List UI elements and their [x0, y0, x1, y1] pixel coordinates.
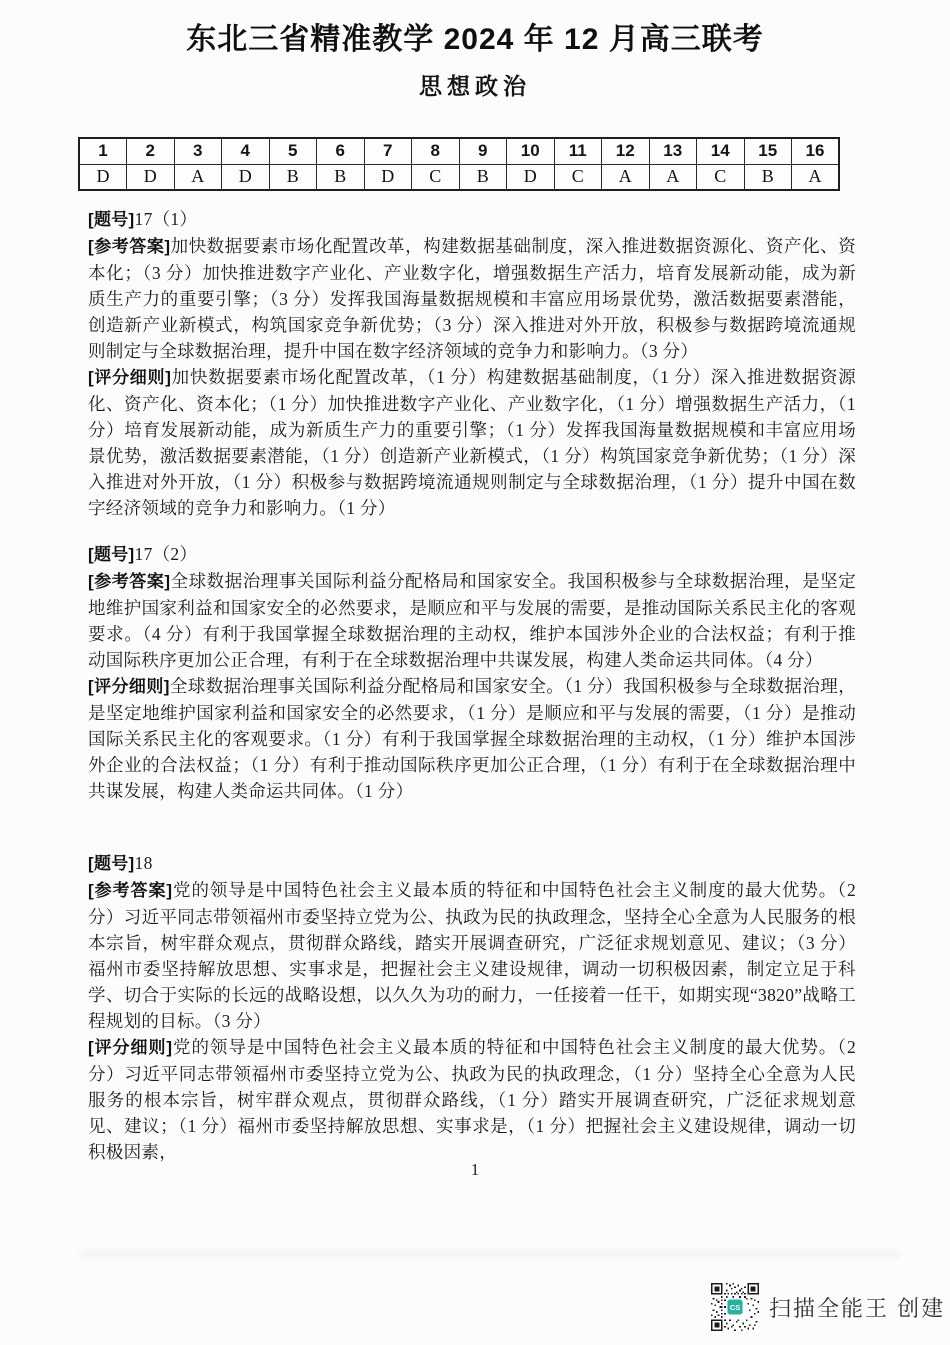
- answer-letter-cell: A: [174, 164, 222, 190]
- question-number-text: 18: [135, 853, 153, 873]
- answer-letter-cell: A: [602, 164, 650, 190]
- question-number-cell: 2: [127, 138, 175, 164]
- answer-letter-cell: A: [792, 164, 840, 190]
- answer-letter-row: D D A D B B D C B D C A A C B A: [79, 164, 839, 190]
- answer-letter-cell: C: [697, 164, 745, 190]
- question-number-cell: 8: [412, 138, 460, 164]
- answer-letter-cell: B: [459, 164, 507, 190]
- answer-letter-cell: B: [269, 164, 317, 190]
- question-number-text: 17（2）: [135, 544, 198, 564]
- question-number-cell: 1: [79, 138, 127, 164]
- answer-letter-cell: D: [507, 164, 555, 190]
- question-number-cell: 4: [222, 138, 270, 164]
- question-number-cell: 14: [697, 138, 745, 164]
- question-number-cell: 6: [317, 138, 365, 164]
- question-number-cell: 5: [269, 138, 317, 164]
- reference-answer-label: [参考答案]: [88, 237, 170, 256]
- reference-answer-text: 党的领导是中国特色社会主义最本质的特征和中国特色社会主义制度的最大优势。（2 分…: [88, 880, 856, 1031]
- question-number-cell: 3: [174, 138, 222, 164]
- scoring-rubric-paragraph: [评分细则]加快数据要素市场化配置改革，（1 分）构建数据基础制度，（1 分）深…: [88, 364, 856, 521]
- answer-table: 1 2 3 4 5 6 7 8 9 10 11 12 13 14 15 16 D…: [78, 137, 840, 191]
- answer-content: [题号]17（1） [参考答案]加快数据要素市场化配置改革，构建数据基础制度，深…: [88, 206, 856, 1165]
- scoring-rubric-label: [评分细则]: [88, 1038, 172, 1057]
- question-number-row: 1 2 3 4 5 6 7 8 9 10 11 12 13 14 15 16: [79, 138, 839, 164]
- section-question-17-1: [题号]17（1） [参考答案]加快数据要素市场化配置改革，构建数据基础制度，深…: [88, 206, 856, 521]
- answer-letter-cell: D: [364, 164, 412, 190]
- watermark-text: 扫描全能王 创建: [769, 1292, 945, 1323]
- question-heading: [题号]18: [88, 850, 856, 877]
- page-number: 1: [0, 1160, 950, 1180]
- page-subtitle: 思想政治: [0, 68, 950, 101]
- document-page: 东北三省精准教学 2024 年 12 月高三联考 思想政治 1 2 3 4 5 …: [0, 0, 950, 1345]
- scoring-rubric-label: [评分细则]: [88, 368, 171, 387]
- question-heading: [题号]17（1）: [88, 206, 856, 233]
- question-tag-label: [题号]: [88, 854, 135, 873]
- answer-letter-cell: A: [649, 164, 697, 190]
- reference-answer-label: [参考答案]: [88, 881, 172, 900]
- question-number-text: 17（1）: [135, 209, 198, 229]
- question-tag-label: [题号]: [88, 210, 135, 229]
- answer-letter-cell: B: [744, 164, 792, 190]
- answer-letter-cell: D: [127, 164, 175, 190]
- question-heading: [题号]17（2）: [88, 541, 856, 568]
- answer-letter-cell: D: [222, 164, 270, 190]
- reference-answer-text: 全球数据治理事关国际利益分配格局和国家安全。我国积极参与全球数据治理，是坚定地维…: [88, 571, 856, 670]
- question-number-cell: 9: [459, 138, 507, 164]
- scoring-rubric-paragraph: [评分细则]党的领导是中国特色社会主义最本质的特征和中国特色社会主义制度的最大优…: [88, 1034, 856, 1165]
- page-title: 东北三省精准教学 2024 年 12 月高三联考: [0, 14, 950, 58]
- scanner-watermark: CS 扫描全能王 创建: [711, 1282, 945, 1332]
- question-number-cell: 10: [507, 138, 555, 164]
- scoring-rubric-text: 加快数据要素市场化配置改革，（1 分）构建数据基础制度，（1 分）深入推进数据资…: [88, 367, 856, 518]
- answer-letter-cell: C: [412, 164, 460, 190]
- question-number-cell: 16: [792, 138, 840, 164]
- answer-letter-cell: C: [554, 164, 602, 190]
- scoring-rubric-text: 全球数据治理事关国际利益分配格局和国家安全。（1 分）我国积极参与全球数据治理，…: [88, 676, 856, 801]
- scoring-rubric-label: [评分细则]: [88, 677, 170, 696]
- reference-answer-paragraph: [参考答案]加快数据要素市场化配置改革，构建数据基础制度，深入推进数据资源化、资…: [88, 233, 856, 364]
- question-number-cell: 7: [364, 138, 412, 164]
- question-number-cell: 13: [649, 138, 697, 164]
- reference-answer-label: [参考答案]: [88, 572, 170, 591]
- reference-answer-paragraph: [参考答案]全球数据治理事关国际利益分配格局和国家安全。我国积极参与全球数据治理…: [88, 568, 856, 673]
- scan-page-edge-shadow: [80, 1246, 900, 1260]
- scoring-rubric-text: 党的领导是中国特色社会主义最本质的特征和中国特色社会主义制度的最大优势。（2 分…: [88, 1037, 856, 1162]
- reference-answer-paragraph: [参考答案]党的领导是中国特色社会主义最本质的特征和中国特色社会主义制度的最大优…: [88, 877, 856, 1034]
- section-question-17-2: [题号]17（2） [参考答案]全球数据治理事关国际利益分配格局和国家安全。我国…: [88, 541, 856, 804]
- reference-answer-text: 加快数据要素市场化配置改革，构建数据基础制度，深入推进数据资源化、资产化、资本化…: [88, 236, 856, 361]
- answer-letter-cell: D: [79, 164, 127, 190]
- scoring-rubric-paragraph: [评分细则]全球数据治理事关国际利益分配格局和国家安全。（1 分）我国积极参与全…: [88, 673, 856, 804]
- section-question-18: [题号]18 [参考答案]党的领导是中国特色社会主义最本质的特征和中国特色社会主…: [88, 850, 856, 1165]
- qr-code-icon: CS: [711, 1283, 759, 1331]
- question-tag-label: [题号]: [88, 545, 135, 564]
- question-number-cell: 11: [554, 138, 602, 164]
- svg-text:CS: CS: [730, 1303, 741, 1312]
- question-number-cell: 12: [602, 138, 650, 164]
- question-number-cell: 15: [744, 138, 792, 164]
- answer-letter-cell: B: [317, 164, 365, 190]
